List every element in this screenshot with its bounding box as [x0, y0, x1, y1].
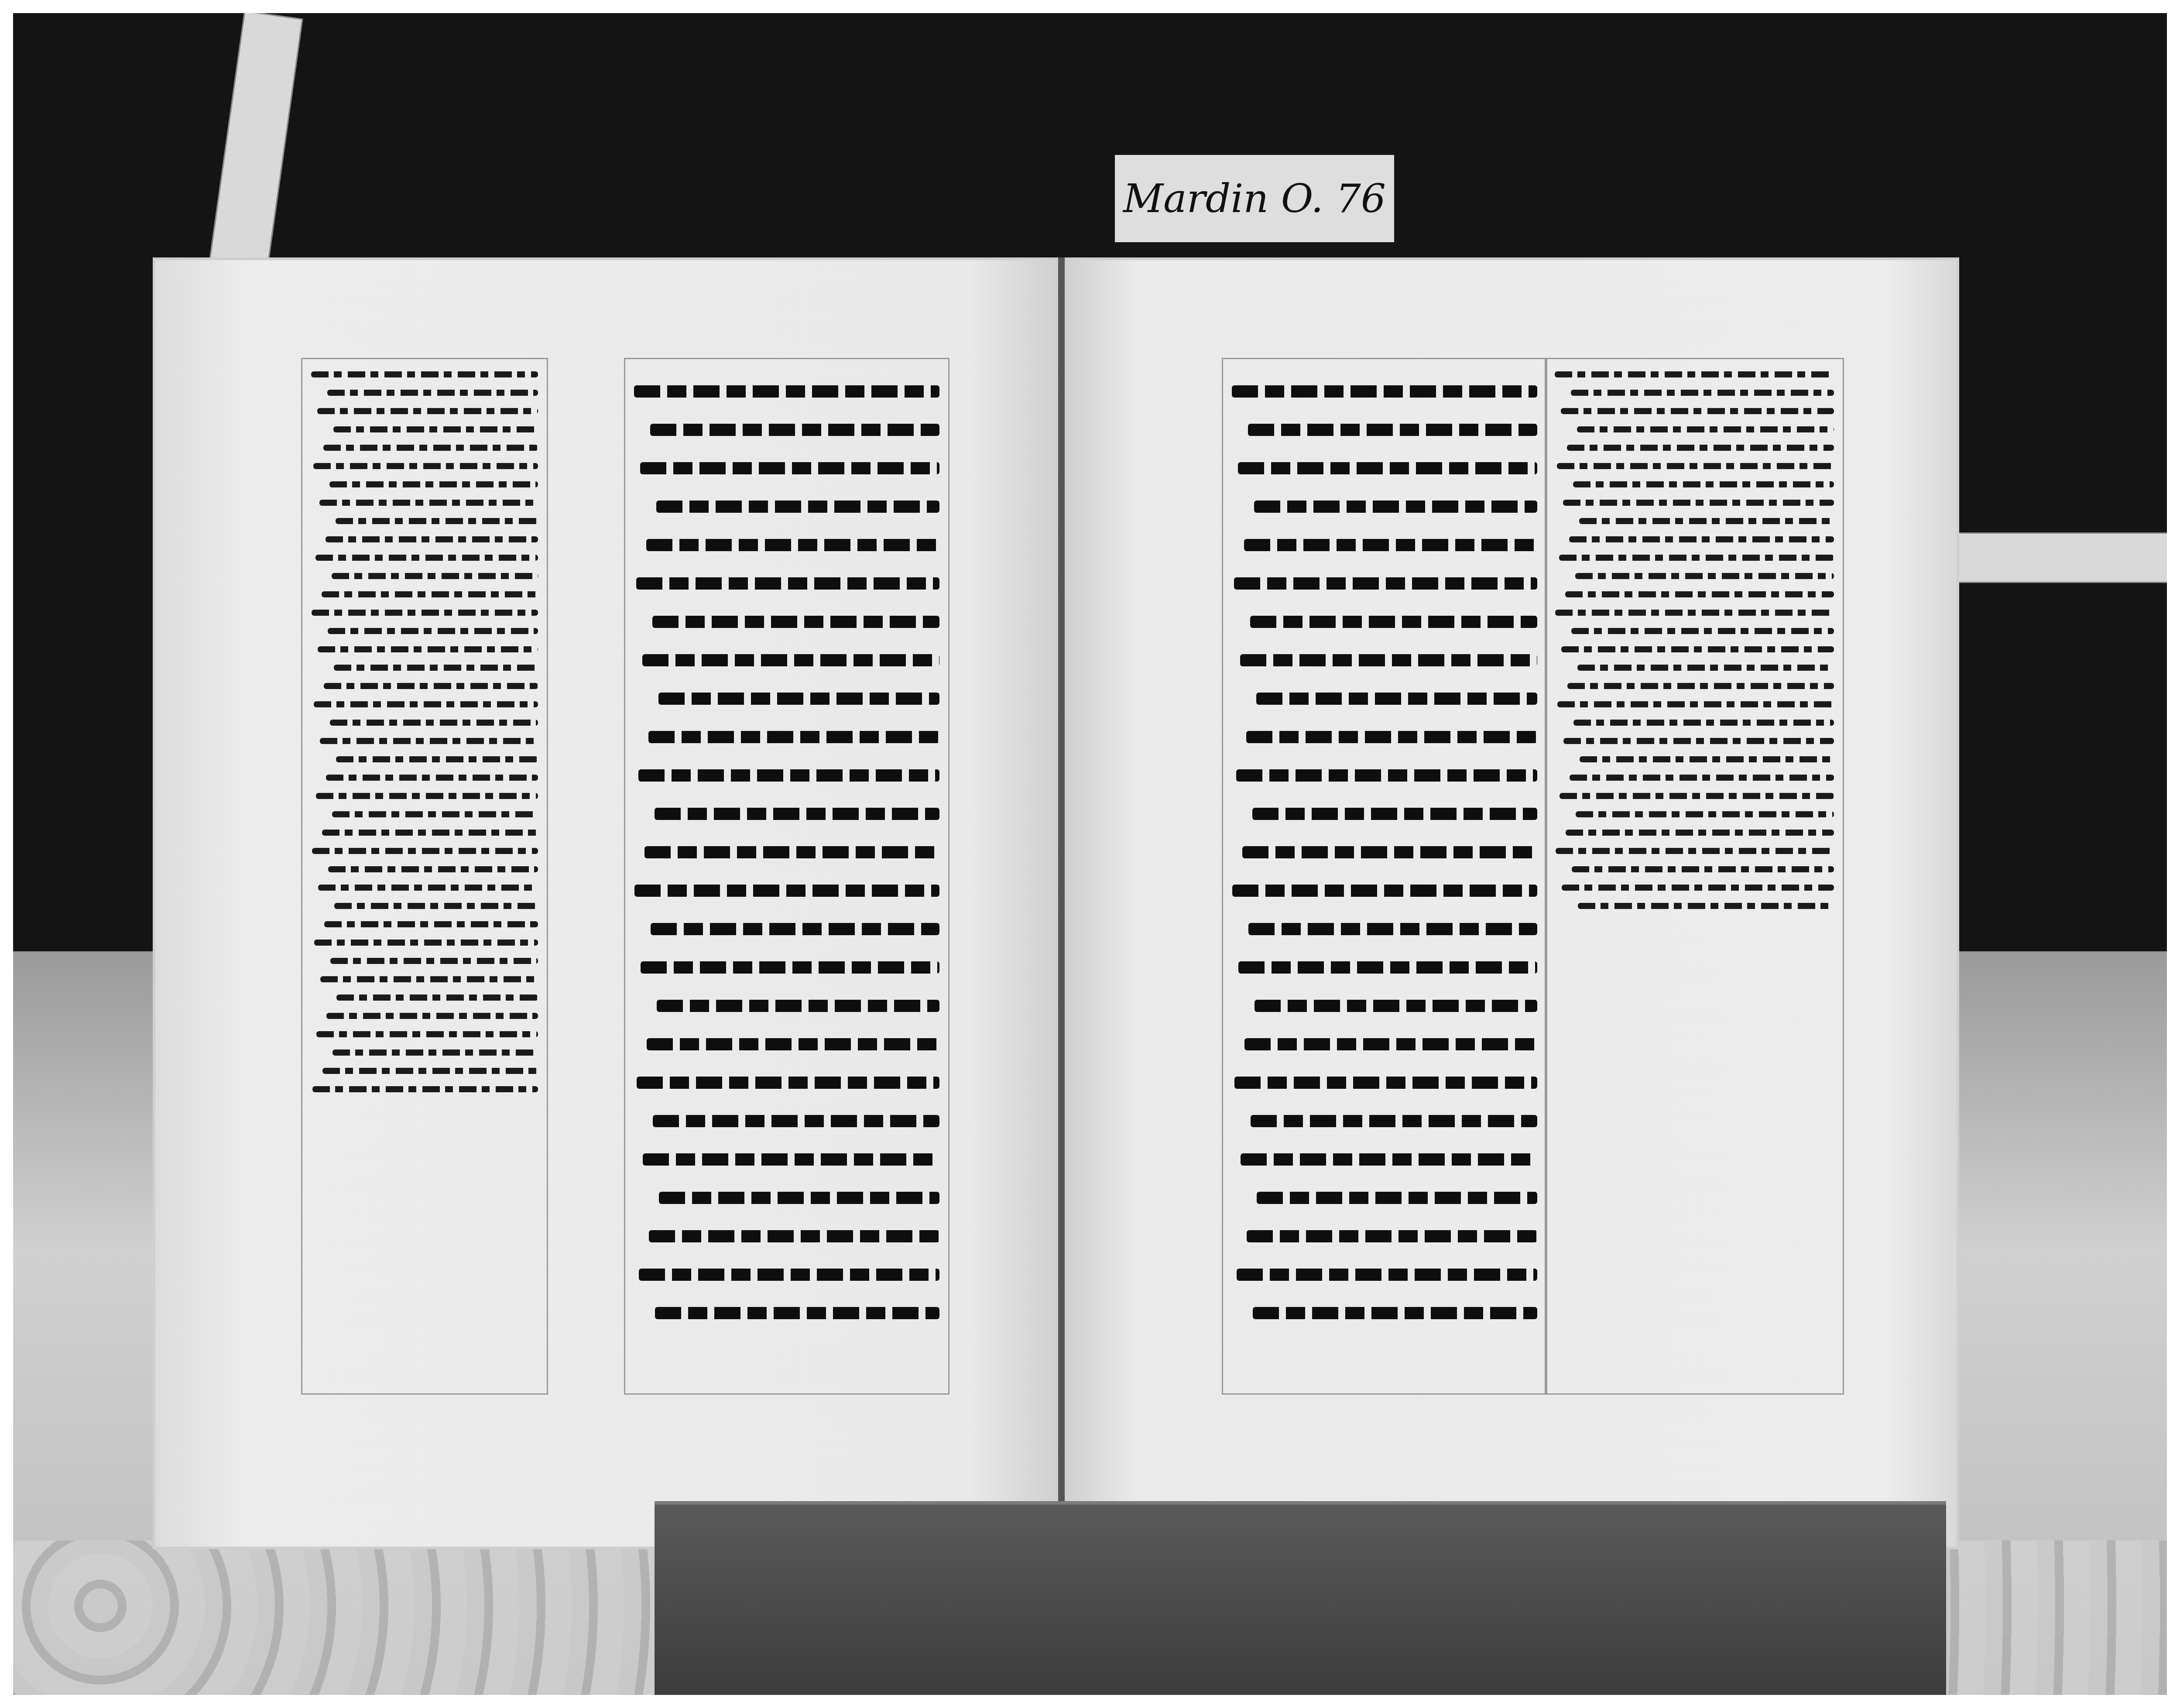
- script-line: [646, 539, 939, 551]
- script-line: [1563, 738, 1834, 744]
- script-line: [324, 683, 538, 689]
- script-line: [1232, 885, 1537, 897]
- script-line: [1238, 462, 1537, 474]
- script-line: [1580, 756, 1834, 762]
- script-line: [1248, 923, 1537, 935]
- script-line: [1244, 1038, 1537, 1050]
- script-line: [653, 1115, 939, 1127]
- script-line: [320, 976, 538, 982]
- script-line: [649, 1230, 939, 1242]
- script-line: [326, 775, 538, 781]
- script-line: [1561, 646, 1834, 652]
- script-line: [639, 1269, 939, 1281]
- right-main-column: [1222, 358, 1547, 1395]
- script-line: [324, 921, 538, 927]
- script-line: [319, 500, 538, 506]
- script-line: [1567, 683, 1834, 689]
- script-line: [326, 1013, 538, 1019]
- script-line: [334, 903, 538, 909]
- script-line: [1557, 701, 1834, 707]
- script-line: [634, 885, 939, 897]
- script-line: [332, 573, 538, 579]
- script-line: [1571, 628, 1834, 634]
- script-line: [1566, 830, 1834, 836]
- script-line: [642, 654, 939, 666]
- script-line: [312, 848, 538, 854]
- script-line: [318, 885, 538, 891]
- script-line: [1252, 808, 1537, 820]
- foreground-book-box: [655, 1501, 1946, 1695]
- script-line: [634, 385, 939, 398]
- open-manuscript: [153, 257, 1959, 1549]
- script-line: [1238, 961, 1537, 974]
- script-line: [655, 808, 939, 820]
- script-line: [1555, 371, 1834, 377]
- script-line: [330, 958, 538, 964]
- script-line: [322, 591, 538, 597]
- script-line: [1567, 445, 1834, 451]
- shelf-label-text: Mardin O. 76: [1123, 176, 1386, 222]
- script-line: [1247, 1230, 1537, 1242]
- script-line: [1572, 866, 1834, 872]
- script-line: [1559, 555, 1834, 561]
- script-line: [1244, 539, 1537, 551]
- script-line: [1573, 720, 1834, 726]
- script-line: [1577, 665, 1834, 671]
- script-line: [1242, 846, 1537, 858]
- script-line: [655, 1307, 939, 1319]
- script-line: [1232, 385, 1537, 398]
- script-line: [1236, 769, 1537, 782]
- script-line: [332, 1049, 538, 1056]
- script-line: [648, 731, 939, 743]
- script-line: [1248, 424, 1537, 436]
- script-line: [1254, 501, 1537, 513]
- shelf-label: Mardin O. 76: [1115, 155, 1394, 242]
- script-line: [312, 1086, 538, 1092]
- script-line: [1576, 811, 1834, 817]
- script-line: [333, 426, 538, 432]
- script-line: [644, 846, 939, 858]
- script-line: [1241, 1153, 1537, 1166]
- script-line: [314, 701, 538, 707]
- script-line: [1556, 848, 1834, 854]
- script-line: [1560, 793, 1834, 799]
- script-line: [1234, 1077, 1537, 1089]
- script-line: [1565, 591, 1834, 597]
- script-line: [320, 738, 538, 744]
- script-line: [330, 720, 538, 726]
- script-line: [1257, 1192, 1537, 1204]
- script-line: [322, 830, 538, 836]
- right-page: [1065, 257, 1959, 1549]
- script-line: [637, 1077, 939, 1089]
- script-line: [312, 610, 538, 616]
- script-line: [1579, 518, 1834, 524]
- script-line: [640, 462, 939, 474]
- script-line: [313, 463, 538, 469]
- script-line: [328, 866, 538, 872]
- script-line: [1577, 426, 1834, 432]
- script-line: [328, 628, 538, 634]
- left-commentary-column: [301, 358, 548, 1395]
- left-page: [153, 257, 1060, 1549]
- script-line: [1570, 775, 1834, 781]
- right-plastic-clip: [1933, 532, 2167, 583]
- script-line: [315, 555, 538, 561]
- script-line: [1255, 1000, 1537, 1012]
- script-line: [638, 769, 939, 782]
- script-line: [1562, 885, 1834, 891]
- script-line: [1573, 481, 1834, 487]
- script-line: [1563, 500, 1834, 506]
- script-line: [1253, 1307, 1537, 1319]
- script-line: [314, 940, 538, 946]
- script-line: [316, 793, 538, 799]
- script-line: [318, 646, 538, 652]
- script-line: [1555, 610, 1834, 616]
- script-line: [650, 424, 939, 436]
- left-main-column: [624, 358, 949, 1395]
- script-line: [336, 756, 538, 762]
- script-line: [334, 665, 538, 671]
- script-line: [317, 408, 538, 414]
- script-line: [1575, 573, 1834, 579]
- script-line: [1569, 536, 1834, 542]
- script-line: [332, 811, 538, 817]
- script-line: [336, 518, 538, 524]
- right-commentary-column: [1545, 358, 1844, 1395]
- script-line: [656, 501, 939, 513]
- script-line: [636, 577, 939, 590]
- script-line: [651, 923, 939, 935]
- script-line: [647, 1038, 939, 1050]
- script-line: [326, 536, 538, 542]
- script-line: [652, 616, 939, 628]
- script-line: [1246, 731, 1537, 743]
- script-line: [1251, 1115, 1537, 1127]
- script-line: [643, 1153, 939, 1166]
- script-line: [329, 481, 538, 487]
- script-line: [336, 995, 538, 1001]
- script-line: [323, 445, 538, 451]
- script-line: [1240, 654, 1537, 666]
- script-line: [322, 1068, 538, 1074]
- script-line: [1237, 1269, 1537, 1281]
- script-line: [316, 1031, 538, 1037]
- script-line: [1557, 463, 1834, 469]
- script-line: [1561, 408, 1834, 414]
- script-line: [311, 371, 538, 377]
- photo-frame: Mardin O. 76: [13, 13, 2167, 1695]
- script-line: [1571, 390, 1834, 396]
- script-line: [1578, 903, 1834, 909]
- script-line: [657, 1000, 939, 1012]
- script-line: [1250, 616, 1537, 628]
- script-line: [1256, 693, 1537, 705]
- script-line: [658, 693, 939, 705]
- script-line: [641, 961, 939, 974]
- script-line: [327, 390, 538, 396]
- script-line: [659, 1192, 939, 1204]
- script-line: [1234, 577, 1537, 590]
